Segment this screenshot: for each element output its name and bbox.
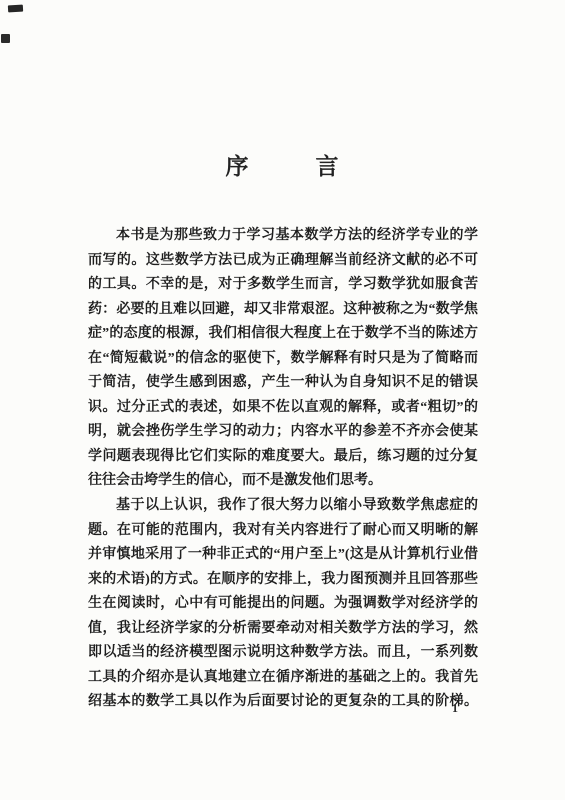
text-line: 于简洁，使学生感到困惑，产生一种认为自身知识不足的错误意: [88, 371, 478, 396]
preface-title-char-2: 言: [316, 148, 340, 181]
text-line: 明，就会挫伤学生学习的动力；内容水平的参差不齐亦会使某些数: [88, 420, 478, 445]
scanned-book-page: 序 言 本书是为那些致力于学习基本数学方法的经济学专业的学生 而写的。这些数学方…: [0, 0, 565, 800]
text-line: 识。过分正式的表述，如果不佐以直观的解释，或者“粗切”的证: [88, 396, 478, 421]
preface-title: 序 言: [0, 148, 565, 181]
page-number: 1: [452, 701, 458, 716]
text-line: 值，我让经济学家的分析需要牵动对相关数学方法的学习，然后立: [88, 617, 478, 642]
text-line: 并审慎地采用了一种非正式的“用户至上”(这是从计算机行业借: [88, 543, 478, 568]
ink-smudge-top: [8, 5, 23, 13]
text-line: 工具的介绍亦是认真地建立在循序渐进的基础之上的。我首先介: [88, 666, 478, 691]
text-line: 症”的态度的根源，我们相信很大程度上在于数学不当的陈述方式。: [88, 322, 478, 347]
text-line: 往往会击垮学生的信心，而不是激发他们思考。: [88, 469, 478, 494]
text-line: 生在阅读时，心中有可能提出的问题。为强调数学对经济学的价: [88, 592, 478, 617]
text-line: 绍基本的数学工具以作为后面要讨论的更复杂的工具的阶梯。在: [88, 690, 478, 715]
text-line: 学问题表现得比它们实际的难度要大。最后，练习题的过分复杂，: [88, 445, 478, 470]
text-line: 而写的。这些数学方法已成为正确理解当前经济文献的必不可少: [88, 249, 478, 274]
text-line: 基于以上认识，我作了很大努力以缩小导致数学焦虑症的问: [88, 494, 478, 519]
text-line: 来的术语)的方式。在顺序的安排上，我力图预测并且回答那些学: [88, 568, 478, 593]
text-line: 在“简短截说”的信念的驱使下，数学解释有时只是为了简略而过: [88, 347, 478, 372]
ink-smudge-left: [1, 34, 10, 43]
preface-title-char-1: 序: [226, 148, 250, 181]
text-line: 本书是为那些致力于学习基本数学方法的经济学专业的学生: [88, 224, 478, 249]
text-line: 药：必要的且难以回避，却又非常艰涩。这种被称之为“数学焦虑: [88, 298, 478, 323]
text-line: 即以适当的经济模型图示说明这种数学方法。而且，一系列数学: [88, 641, 478, 666]
preface-body-text: 本书是为那些致力于学习基本数学方法的经济学专业的学生 而写的。这些数学方法已成为…: [88, 224, 478, 715]
text-line: 的工具。不幸的是，对于多数学生而言，学习数学犹如服食苦口良: [88, 273, 478, 298]
text-line: 题。在可能的范围内，我对有关内容进行了耐心而又明晰的解释，: [88, 519, 478, 544]
